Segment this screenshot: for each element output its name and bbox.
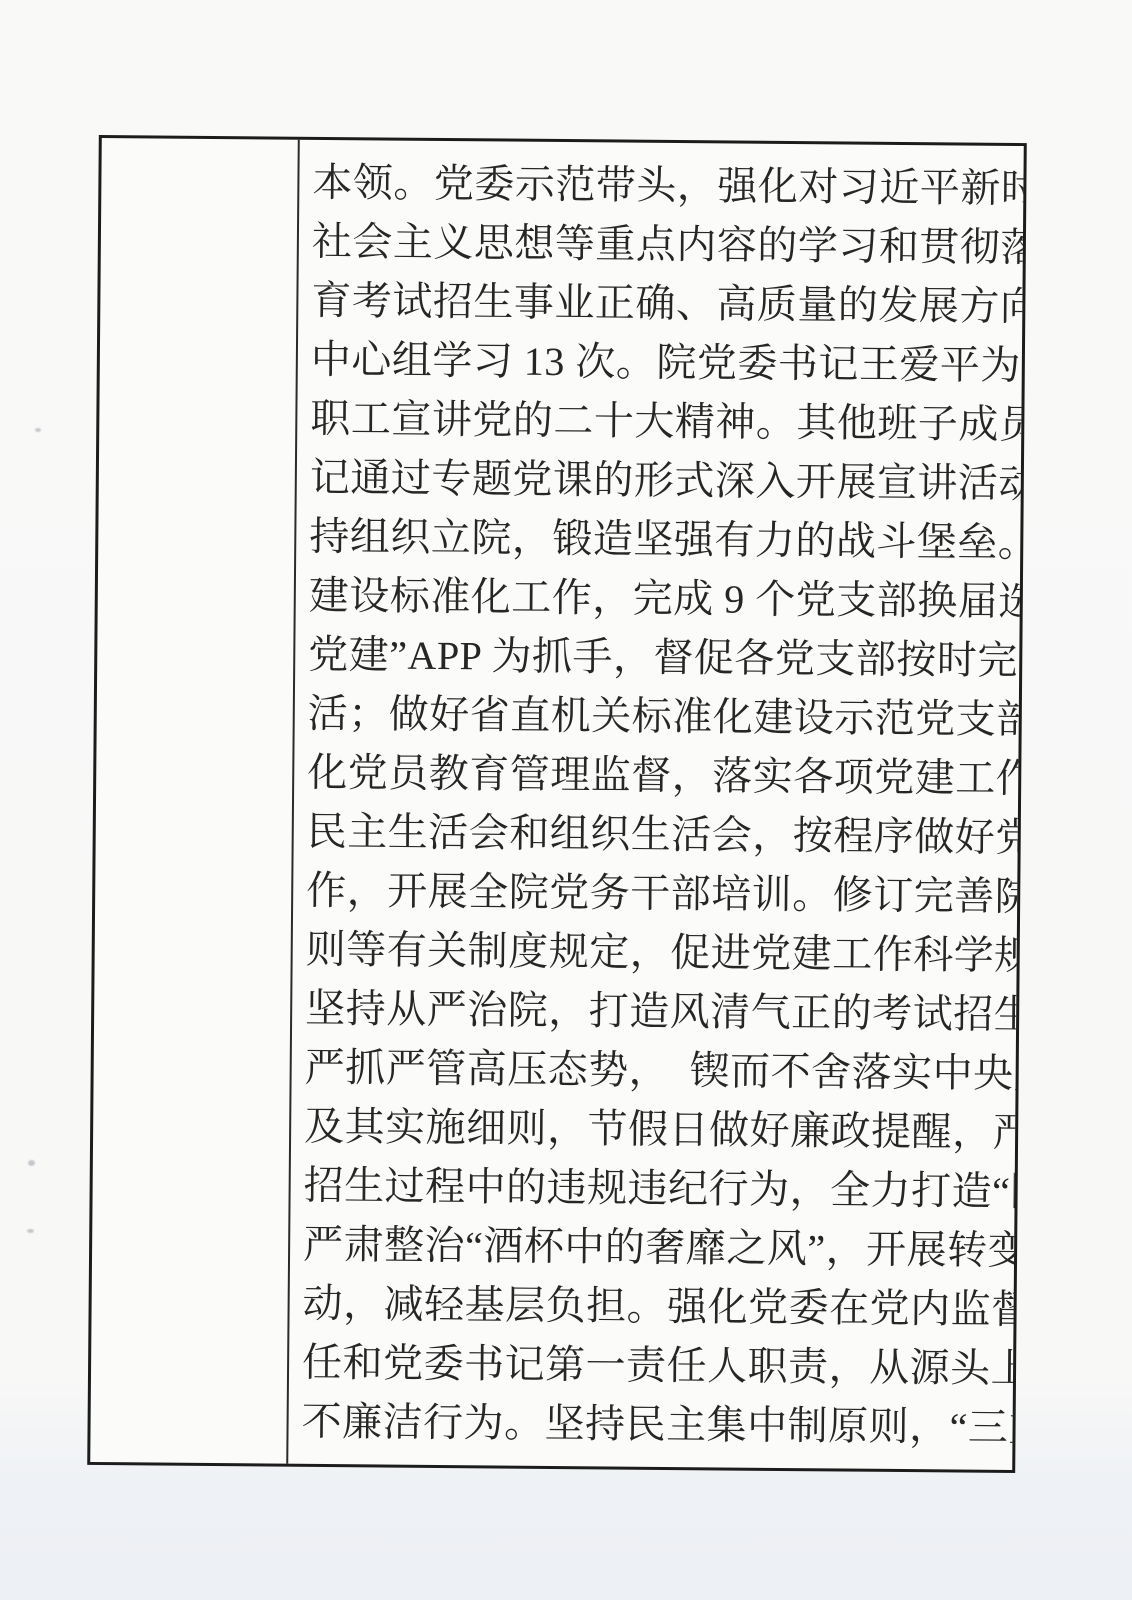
text-line: 活；做好省直机关标准化建设示范党支部的推荐。强 <box>308 684 993 749</box>
text-line: 党建”APP 为抓手，督促各党支部按时完成各项组织生 <box>308 625 993 690</box>
text-line: 动，减轻基层负担。强化党委在党内监督中的主体责 <box>302 1274 987 1339</box>
text-line: 社会主义思想等重点内容的学习和贯彻落实，保证教 <box>312 212 997 277</box>
text-line: 化党员教育管理监督，落实各项党建工作制度，开好 <box>307 743 992 808</box>
text-line: 及其实施细则，节假日做好廉政提醒，严查教育考试 <box>304 1097 989 1162</box>
document-page: 本领。党委示范带头，强化对习近平新时代中国特色 社会主义思想等重点内容的学习和贯… <box>0 0 1132 1600</box>
text-line: 职工宣讲党的二十大精神。其他班子成员、党支部书 <box>310 389 995 454</box>
scan-speck <box>28 1160 35 1166</box>
text-line: 招生过程中的违规违纪行为，全力打造“阳光招考”。 <box>303 1156 988 1221</box>
scan-speck <box>27 1229 34 1233</box>
text-line: 记通过专题党课的形式深入开展宣讲活动。 （三）坚 <box>310 448 995 513</box>
table-label-cell <box>90 138 300 1464</box>
text-line: 坚持从严治院，打造风清气正的考试招生。始终保持 <box>305 979 990 1044</box>
table-content-cell: 本领。党委示范带头，强化对习近平新时代中国特色 社会主义思想等重点内容的学习和贯… <box>288 140 1024 1470</box>
content-table: 本领。党委示范带头，强化对习近平新时代中国特色 社会主义思想等重点内容的学习和贯… <box>87 135 1027 1473</box>
scan-speck <box>35 428 41 432</box>
text-line: 建设标准化工作，完成 9 个党支部换届选举；以“甘肃 <box>309 566 994 631</box>
text-line: 任和党委书记第一责任人职责，从源头上预防腐败和 <box>302 1333 987 1398</box>
text-line: 育考试招生事业正确、高质量的发展方向。全年组织 <box>311 271 996 336</box>
text-line: 民主生活会和组织生活会，按程序做好党员发展等工 <box>306 802 991 867</box>
text-line: 严抓严管高压态势， 锲而不舍落实中央八项规定精神 <box>304 1038 989 1103</box>
text-line: 严肃整治“酒杯中的奢靡之风”，开展转变作风专项行 <box>303 1215 988 1280</box>
text-line: 作，开展全院党务干部培训。修订完善院党委议事规 <box>306 861 991 926</box>
text-line: 持组织立院，锻造坚强有力的战斗堡垒。狠抓党支部 <box>309 507 994 572</box>
text-line: 不廉洁行为。坚持民主集中制原则，“三重一大”决策 <box>301 1392 986 1457</box>
text-line: 本领。党委示范带头，强化对习近平新时代中国特色 <box>312 153 997 218</box>
text-line: 则等有关制度规定，促进党建工作科学规范。 （四） <box>305 920 990 985</box>
text-line: 中心组学习 13 次。院党委书记王爱平为全院党员干部 <box>311 330 996 395</box>
